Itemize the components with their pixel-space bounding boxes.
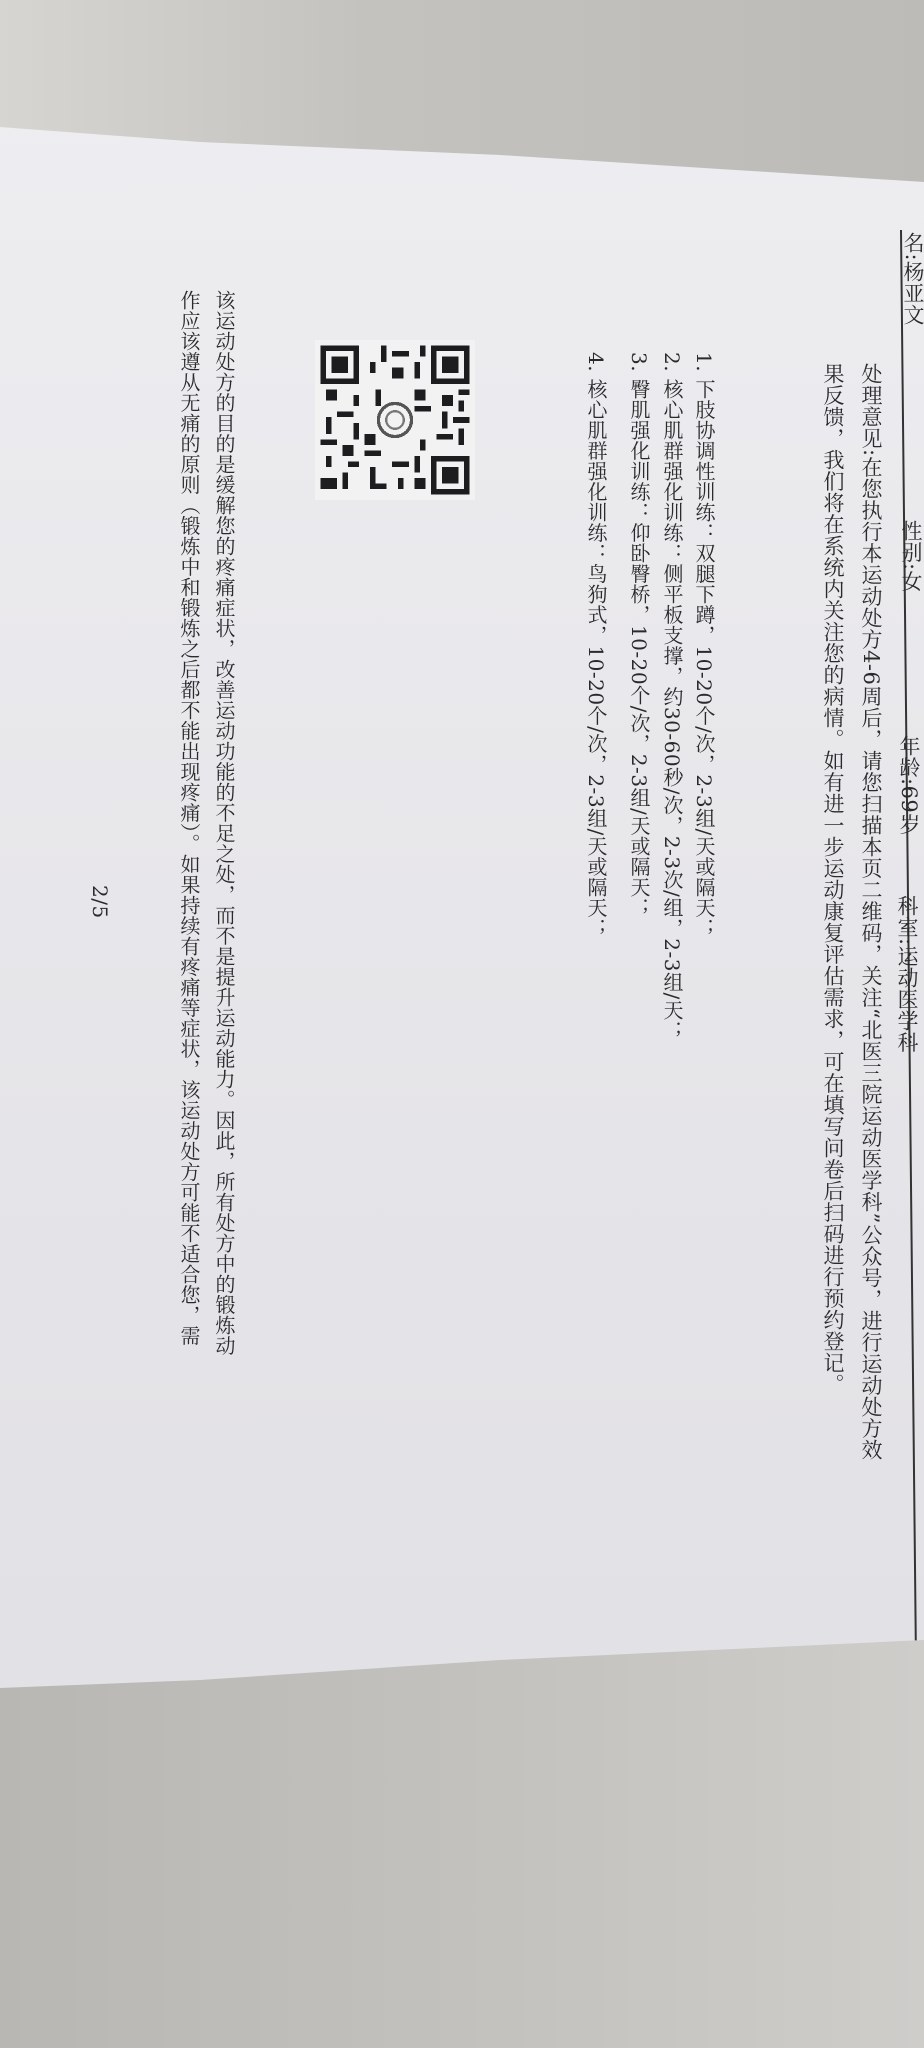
exercise-item-2: 2. 核心肌群强化训练：侧平板支撑，约30-60秒/次，2-3次/组，2-3组/… <box>658 352 687 1041</box>
qr-code-icon <box>315 340 475 500</box>
disclaimer-line-1: 该运动处方的目的是缓解您的疼痛症状，改善运动功能的不足之处，而不是提升运动能力。… <box>210 290 239 1356</box>
patient-gender: 性别:女 <box>896 520 924 592</box>
advice-line-2: 果反馈，我们将在系统内关注您的病情。如有进一步运动康复评估需求，可在填写问卷后扫… <box>818 363 848 1395</box>
document-page: 名:杨亚文 性别:女 年龄:69岁 科室:运动医学科 处理意见:在您执行本运动处… <box>0 0 924 2048</box>
department: 科室:运动医学科 <box>892 895 922 1053</box>
exercise-item-3: 3. 臀肌强化训练：仰卧臀桥，10-20个/次，2-3组/天或隔天； <box>625 352 654 918</box>
advice-line-1: 处理意见:在您执行本运动处方4-6周后，请您扫描本页二维码，关注“北医三院运动医… <box>856 363 886 1460</box>
qr-code[interactable] <box>315 340 475 500</box>
disclaimer-line-2: 作应该遵从无痛的原则（锻炼中和锻炼之后都不能出现疼痛）。如果持续有疼痛等症状，该… <box>175 290 204 1346</box>
page-number: 2/5 <box>88 885 112 919</box>
exercise-item-4: 4. 核心肌群强化训练：鸟狗式，10-20个/次，2-3组/天或隔天； <box>582 352 611 938</box>
exercise-item-1: 1. 下肢协调性训练：双腿下蹲，10-20个/次，2-3组/天或隔天； <box>690 352 719 938</box>
patient-age: 年龄:69岁 <box>894 735 924 835</box>
patient-name: 名:杨亚文 <box>898 232 924 326</box>
